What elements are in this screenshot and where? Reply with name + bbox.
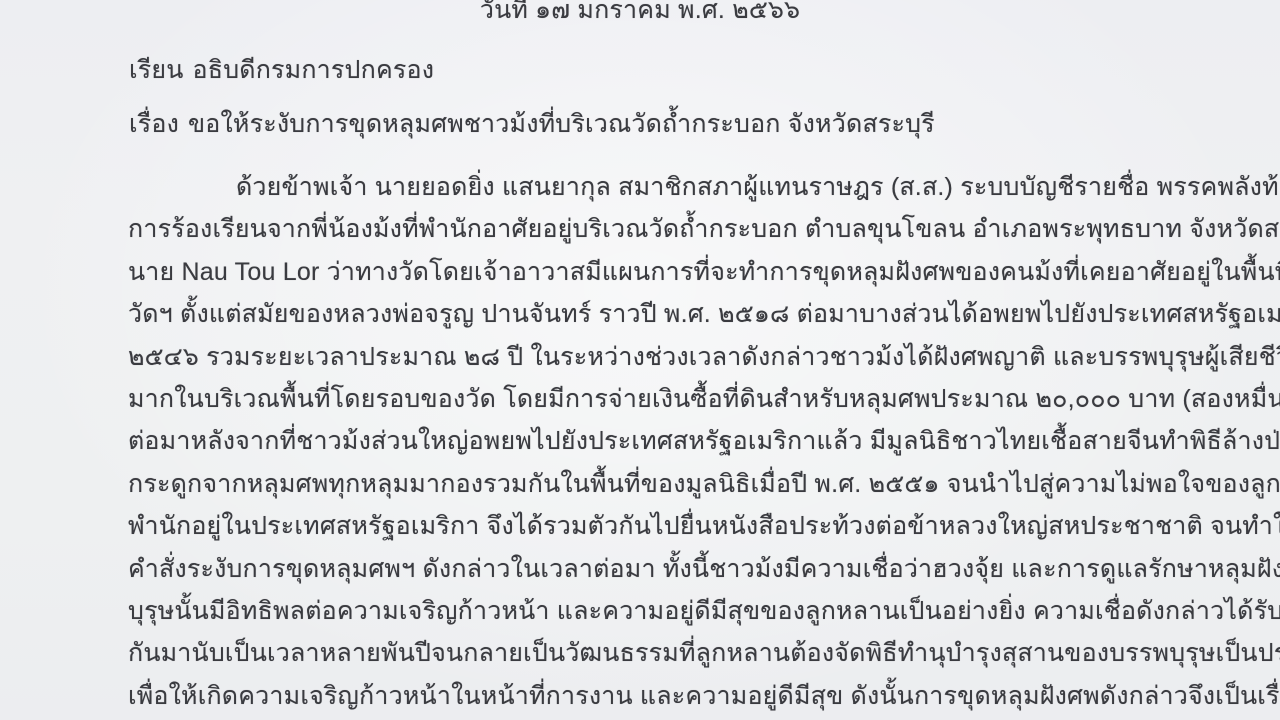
recipient-value: อธิบดีกรมการปกครอง <box>193 56 435 84</box>
body-line: เพื่อให้เกิดความเจริญก้าวหน้าในหน้าที่กา… <box>128 675 1158 717</box>
body-line: นาย Nau Tou Lor ว่าทางวัดโดยเจ้าอาวาสมีแ… <box>128 251 1158 293</box>
recipient-line: เรียนอธิบดีกรมการปกครอง <box>129 50 434 90</box>
scanned-letter-page: วันที่ ๑๗ มกราคม พ.ศ. ๒๕๖๖ เรียนอธิบดีกร… <box>0 0 1280 720</box>
body-line: ๒๕๔๖ รวมระยะเวลาประมาณ ๒๘ ปี ในระหว่างช่… <box>128 336 1158 378</box>
body-line: วัดฯ ตั้งแต่สมัยของหลวงพ่อจรูญ ปานจันทร์… <box>128 293 1158 335</box>
letter-body: ด้วยข้าพเจ้า นายยอดยิ่ง แสนยากุล สมาชิกส… <box>128 166 1158 717</box>
body-line: พำนักอยู่ในประเทศสหรัฐอเมริกา จึงได้รวมต… <box>128 505 1158 547</box>
subject-label: เรื่อง <box>129 110 179 138</box>
body-line: มากในบริเวณพื้นที่โดยรอบของวัด โดยมีการจ… <box>128 378 1158 420</box>
subject-line: เรื่องขอให้ระงับการขุดหลุมศพชาวม้งที่บริ… <box>129 104 935 144</box>
body-line: คำสั่งระงับการขุดหลุมศพฯ ดังกล่าวในเวลาต… <box>128 548 1158 590</box>
letter-date: วันที่ ๑๗ มกราคม พ.ศ. ๒๕๖๖ <box>0 0 1280 30</box>
body-line: การร้องเรียนจากพี่น้องม้งที่พำนักอาศัยอย… <box>128 208 1158 250</box>
recipient-label: เรียน <box>129 56 184 84</box>
subject-value: ขอให้ระงับการขุดหลุมศพชาวม้งที่บริเวณวัด… <box>188 110 935 138</box>
body-line: ด้วยข้าพเจ้า นายยอดยิ่ง แสนยากุล สมาชิกส… <box>128 166 1158 208</box>
body-line: ต่อมาหลังจากที่ชาวม้งส่วนใหญ่อพยพไปยังปร… <box>128 420 1158 462</box>
body-line: กันมานับเป็นเวลาหลายพันปีจนกลายเป็นวัฒนธ… <box>128 632 1158 674</box>
body-line: กระดูกจากหลุมศพทุกหลุมมากองรวมกันในพื้นท… <box>128 463 1158 505</box>
body-line: บุรุษนั้นมีอิทธิพลต่อความเจริญก้าวหน้า แ… <box>128 590 1158 632</box>
